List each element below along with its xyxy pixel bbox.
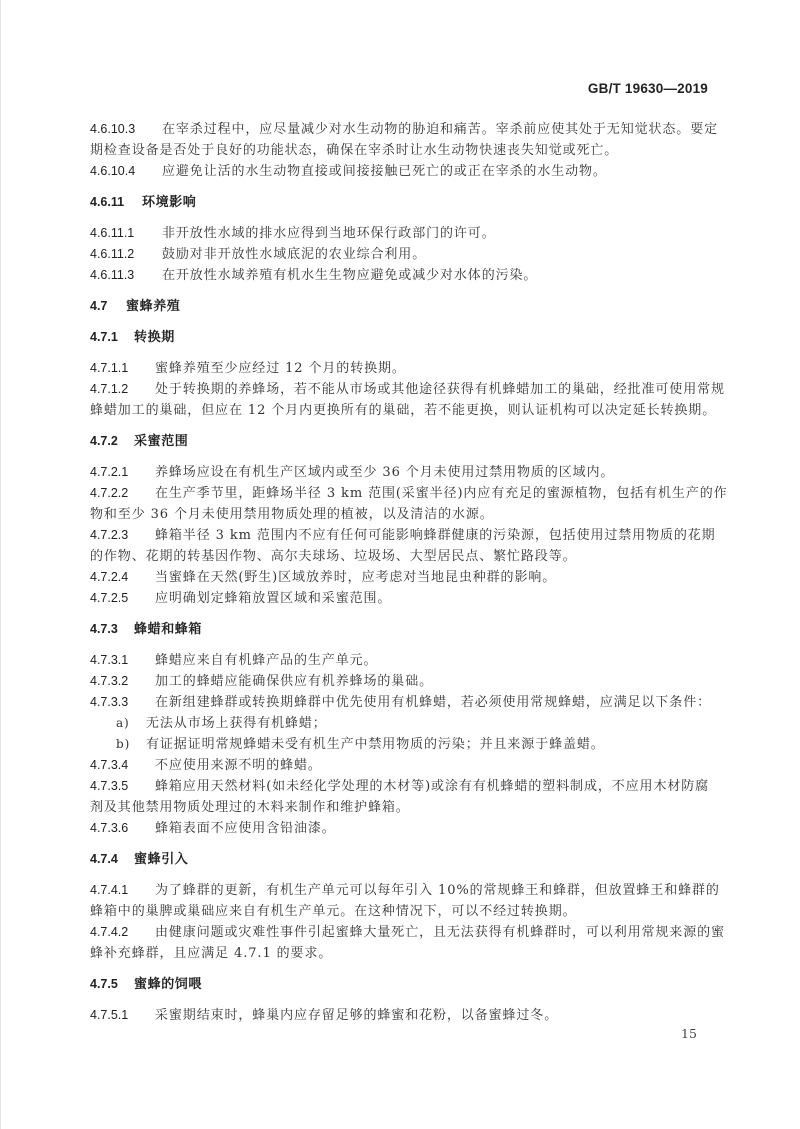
clause-4-7-3-5: 4.7.3.5蜂箱应用天然材料(如未经化学处理的木材等)或涂有有机蜂蜡的塑料制成… xyxy=(90,776,708,797)
section-number: 4.7.1 xyxy=(90,327,134,348)
clause-text: 鼓励对非开放性水域底泥的农业综合利用。 xyxy=(162,247,426,262)
clause-text: 养蜂场应设在有机生产区域内或至少 36 个月未使用过禁用物质的区域内。 xyxy=(155,465,614,480)
clause-text: 在新组建蜂群或转换期蜂群中优先使用有机蜂蜡，若必须使用常规蜂蜡，应满足以下条件： xyxy=(155,695,711,710)
section-title: 转换期 xyxy=(134,330,175,345)
clause-text: 应避免让活的水生动物直接或间接接触已死亡的或正在宰杀的水生动物。 xyxy=(162,164,607,179)
section-number: 4.7.2 xyxy=(90,431,134,452)
clause-number: 4.7.3.1 xyxy=(90,650,155,671)
clause-4-7-3-3: 4.7.3.3在新组建蜂群或转换期蜂群中优先使用有机蜂蜡，若必须使用常规蜂蜡，应… xyxy=(90,692,708,713)
standard-code: GB/T 19630—2019 xyxy=(588,81,708,96)
list-item-text: 无法从市场上获得有机蜂蜡； xyxy=(146,716,327,731)
clause-4-6-10-3: 4.6.10.3在宰杀过程中，应尽量减少对水生动物的胁迫和痛苦。宰杀前应使其处于… xyxy=(90,119,708,140)
list-item-text: 有证据证明常规蜂蜡未受有机生产中禁用物质的污染；并且来源于蜂盖蜡。 xyxy=(146,737,605,752)
clause-4-7-4-2: 4.7.4.2由健康问题或灾难性事件引起蜜蜂大量死亡，且无法获得有机蜂群时，可以… xyxy=(90,922,708,943)
clause-continuation: 的作物、花期的转基因作物、高尔夫球场、垃圾场、大型居民点、繁忙路段等。 xyxy=(90,546,708,567)
clause-continuation: 蜂箱中的巢脾或巢础应来自有机生产单元。在这种情况下，可以不经过转换期。 xyxy=(90,901,708,922)
list-item-a: a)无法从市场上获得有机蜂蜡； xyxy=(90,713,708,734)
clause-number: 4.7.3.2 xyxy=(90,671,155,692)
section-number: 4.7 xyxy=(90,296,126,317)
section-heading-4-7-3: 4.7.3蜂蜡和蜂箱 xyxy=(90,619,708,640)
clause-number: 4.7.2.2 xyxy=(90,483,155,504)
clause-number: 4.7.2.3 xyxy=(90,525,155,546)
clause-text: 应明确划定蜂箱放置区域和采蜜范围。 xyxy=(155,591,391,606)
clause-continuation: 物和至少 36 个月未使用禁用物质处理的植被，以及清洁的水源。 xyxy=(90,504,708,525)
clause-4-7-5-1: 4.7.5.1采蜜期结束时，蜂巢内应存留足够的蜂蜜和花粉，以备蜜蜂过冬。 xyxy=(90,1005,708,1026)
clause-text: 在生产季节里，距蜂场半径 3 km 范围(采蜜半径)内应有充足的蜜源植物，包括有… xyxy=(155,486,728,501)
section-heading-4-6-11: 4.6.11环境影响 xyxy=(90,192,708,213)
clause-number: 4.6.11.2 xyxy=(90,244,162,265)
section-title: 蜂蜡和蜂箱 xyxy=(134,622,202,637)
clause-4-6-11-3: 4.6.11.3在开放性水域养殖有机水生生物应避免或减少对水体的污染。 xyxy=(90,265,708,286)
clause-4-7-3-4: 4.7.3.4不应使用来源不明的蜂蜡。 xyxy=(90,755,708,776)
clause-text: 蜂箱半径 3 km 范围内不应有任何可能影响蜂群健康的污染源，包括使用过禁用物质… xyxy=(155,528,716,543)
clause-number: 4.7.3.6 xyxy=(90,818,155,839)
clause-number: 4.7.3.3 xyxy=(90,692,155,713)
clause-number: 4.7.1.2 xyxy=(90,379,155,400)
clause-continuation: 蜂蜡加工的巢础，但应在 12 个月内更换所有的巢础，若不能更换，则认证机构可以决… xyxy=(90,400,708,421)
section-heading-4-7: 4.7蜜蜂养殖 xyxy=(90,296,708,317)
clause-number: 4.6.11.1 xyxy=(90,223,162,244)
section-title: 蜜蜂养殖 xyxy=(126,299,180,314)
section-heading-4-7-5: 4.7.5蜜蜂的饲喂 xyxy=(90,974,708,995)
clause-4-7-4-1: 4.7.4.1为了蜂群的更新，有机生产单元可以每年引入 10%的常规蜂王和蜂群，… xyxy=(90,880,708,901)
clause-4-7-3-1: 4.7.3.1蜂蜡应来自有机蜂产品的生产单元。 xyxy=(90,650,708,671)
clause-4-7-3-2: 4.7.3.2加工的蜂蜡应能确保供应有机养蜂场的巢础。 xyxy=(90,671,708,692)
clause-text: 蜂箱表面不应使用含铅油漆。 xyxy=(155,821,336,836)
clause-text: 蜜蜂养殖至少应经过 12 个月的转换期。 xyxy=(155,361,406,376)
clause-number: 4.7.3.4 xyxy=(90,755,155,776)
clause-number: 4.6.10.4 xyxy=(90,161,162,182)
clause-4-7-1-1: 4.7.1.1蜜蜂养殖至少应经过 12 个月的转换期。 xyxy=(90,358,708,379)
clause-number: 4.7.2.5 xyxy=(90,588,155,609)
clause-text: 不应使用来源不明的蜂蜡。 xyxy=(155,758,322,773)
clause-text: 为了蜂群的更新，有机生产单元可以每年引入 10%的常规蜂王和蜂群，但放置蜂王和蜂… xyxy=(155,883,720,898)
clause-text: 加工的蜂蜡应能确保供应有机养蜂场的巢础。 xyxy=(155,674,433,689)
clause-number: 4.7.3.5 xyxy=(90,776,155,797)
clause-number: 4.7.2.4 xyxy=(90,567,155,588)
clause-text: 采蜜期结束时，蜂巢内应存留足够的蜂蜜和花粉，以备蜜蜂过冬。 xyxy=(155,1008,558,1023)
clause-number: 4.7.4.2 xyxy=(90,922,155,943)
section-number: 4.6.11 xyxy=(90,192,142,213)
clause-4-7-2-4: 4.7.2.4当蜜蜂在天然(野生)区域放养时，应考虑对当地昆虫种群的影响。 xyxy=(90,567,708,588)
list-item-b: b)有证据证明常规蜂蜡未受有机生产中禁用物质的污染；并且来源于蜂盖蜡。 xyxy=(90,734,708,755)
clause-4-6-11-1: 4.6.11.1非开放性水域的排水应得到当地环保行政部门的许可。 xyxy=(90,223,708,244)
clause-4-7-2-2: 4.7.2.2在生产季节里，距蜂场半径 3 km 范围(采蜜半径)内应有充足的蜜… xyxy=(90,483,708,504)
clause-number: 4.7.5.1 xyxy=(90,1005,155,1026)
clause-text: 当蜜蜂在天然(野生)区域放养时，应考虑对当地昆虫种群的影响。 xyxy=(155,570,556,585)
list-marker: a) xyxy=(116,713,146,734)
section-title: 蜜蜂引入 xyxy=(134,852,188,867)
clause-number: 4.7.1.1 xyxy=(90,358,155,379)
clause-text: 在宰杀过程中，应尽量减少对水生动物的胁迫和痛苦。宰杀前应使其处于无知觉状态。要定 xyxy=(162,122,718,137)
clause-4-7-1-2: 4.7.1.2处于转换期的养蜂场，若不能从市场或其他途径获得有机蜂蜡加工的巢础，… xyxy=(90,379,708,400)
page-number: 15 xyxy=(681,1026,697,1041)
document-body: 4.6.10.3在宰杀过程中，应尽量减少对水生动物的胁迫和痛苦。宰杀前应使其处于… xyxy=(90,119,708,1026)
document-page: GB/T 19630—2019 4.6.10.3在宰杀过程中，应尽量减少对水生动… xyxy=(0,0,800,1129)
clause-text: 非开放性水域的排水应得到当地环保行政部门的许可。 xyxy=(162,226,496,241)
list-marker: b) xyxy=(116,734,146,755)
clause-4-6-11-2: 4.6.11.2鼓励对非开放性水域底泥的农业综合利用。 xyxy=(90,244,708,265)
section-heading-4-7-1: 4.7.1转换期 xyxy=(90,327,708,348)
clause-number: 4.7.4.1 xyxy=(90,880,155,901)
section-number: 4.7.5 xyxy=(90,974,134,995)
clause-number: 4.6.11.3 xyxy=(90,265,162,286)
clause-4-7-2-5: 4.7.2.5应明确划定蜂箱放置区域和采蜜范围。 xyxy=(90,588,708,609)
clause-text: 在开放性水域养殖有机水生生物应避免或减少对水体的污染。 xyxy=(162,268,537,283)
section-title: 环境影响 xyxy=(142,195,196,210)
clause-4-7-2-3: 4.7.2.3蜂箱半径 3 km 范围内不应有任何可能影响蜂群健康的污染源，包括… xyxy=(90,525,708,546)
clause-4-7-3-6: 4.7.3.6蜂箱表面不应使用含铅油漆。 xyxy=(90,818,708,839)
clause-continuation: 期检查设备是否处于良好的功能状态，确保在宰杀时让水生动物快速丧失知觉或死亡。 xyxy=(90,140,708,161)
clause-continuation: 蜂补充蜂群，且应满足 4.7.1 的要求。 xyxy=(90,943,708,964)
section-number: 4.7.3 xyxy=(90,619,134,640)
clause-text: 处于转换期的养蜂场，若不能从市场或其他途径获得有机蜂蜡加工的巢础，经批准可使用常… xyxy=(155,382,725,397)
section-title: 蜜蜂的饲喂 xyxy=(134,977,202,992)
section-title: 采蜜范围 xyxy=(134,434,188,449)
section-heading-4-7-4: 4.7.4蜜蜂引入 xyxy=(90,849,708,870)
clause-4-6-10-4: 4.6.10.4应避免让活的水生动物直接或间接接触已死亡的或正在宰杀的水生动物。 xyxy=(90,161,708,182)
clause-number: 4.7.2.1 xyxy=(90,462,155,483)
clause-4-7-2-1: 4.7.2.1养蜂场应设在有机生产区域内或至少 36 个月未使用过禁用物质的区域… xyxy=(90,462,708,483)
clause-number: 4.6.10.3 xyxy=(90,119,162,140)
section-number: 4.7.4 xyxy=(90,849,134,870)
clause-continuation: 剂及其他禁用物质处理过的木料来制作和维护蜂箱。 xyxy=(90,797,708,818)
section-heading-4-7-2: 4.7.2采蜜范围 xyxy=(90,431,708,452)
clause-text: 蜂箱应用天然材料(如未经化学处理的木材等)或涂有有机蜂蜡的塑料制成，不应用木材防… xyxy=(155,779,709,794)
clause-text: 蜂蜡应来自有机蜂产品的生产单元。 xyxy=(155,653,377,668)
clause-text: 由健康问题或灾难性事件引起蜜蜂大量死亡，且无法获得有机蜂群时，可以利用常规来源的… xyxy=(155,925,725,940)
